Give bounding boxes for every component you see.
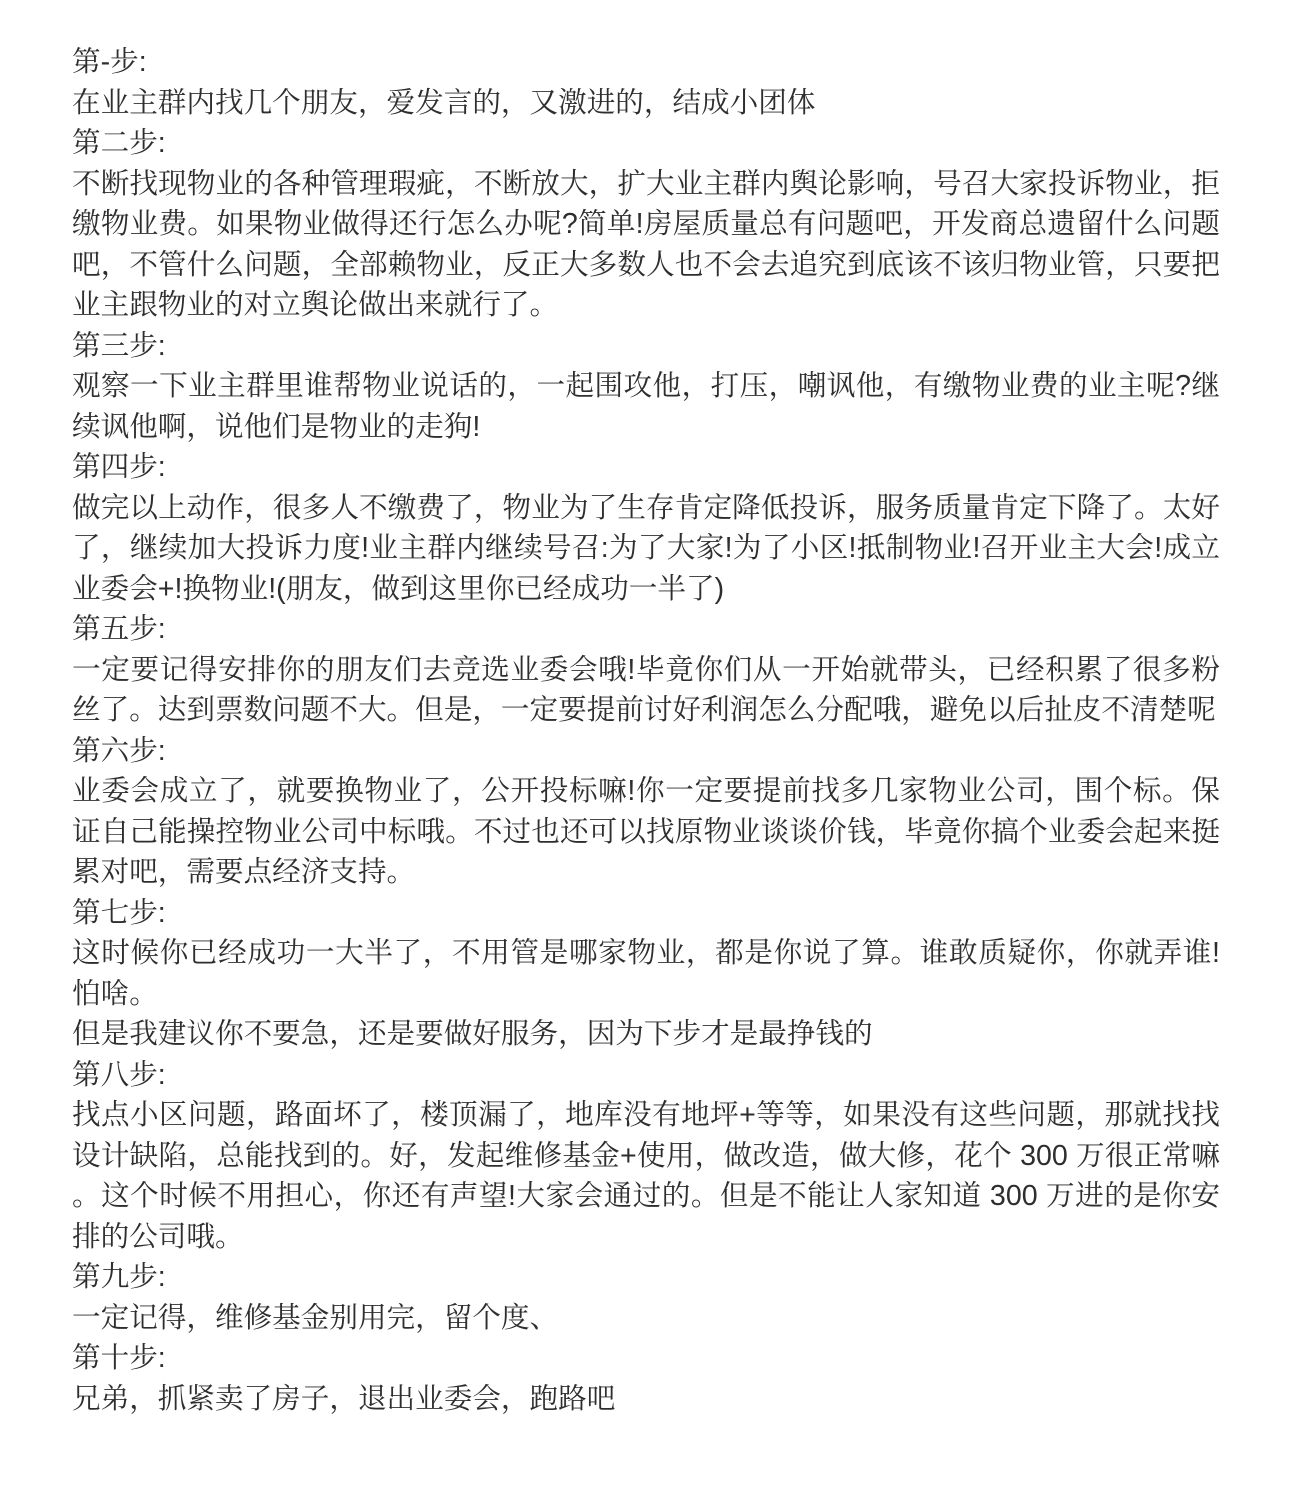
step-6-paragraph-1: 业委会成立了，就要换物业了，公开投标嘛!你一定要提前找多几家物业公司，围个标。保… [72, 771, 1220, 893]
screenshot-root: 第-步:在业主群内找几个朋友，爱发言的，又激进的，结成小团体第二步:不断找现物业… [0, 0, 1290, 1498]
step-heading-6: 第六步: [72, 731, 1220, 772]
step-4-paragraph-1: 做完以上动作，很多人不缴费了，物业为了生存肯定降低投诉，服务质量肯定下降了。太好… [72, 488, 1220, 610]
step-heading-10: 第十步: [72, 1338, 1220, 1379]
step-heading-5: 第五步: [72, 609, 1220, 650]
step-heading-4: 第四步: [72, 447, 1220, 488]
step-heading-8: 第八步: [72, 1055, 1220, 1096]
step-7-paragraph-2: 但是我建议你不要急，还是要做好服务，因为下步才是最挣钱的 [72, 1014, 1220, 1055]
step-heading-2: 第二步: [72, 123, 1220, 164]
step-10-paragraph-1: 兄弟，抓紧卖了房子，退出业委会，跑路吧 [72, 1379, 1220, 1420]
step-3-paragraph-1: 观察一下业主群里谁帮物业说话的，一起围攻他，打压，嘲讽他，有缴物业费的业主呢?继… [72, 366, 1220, 447]
step-heading-7: 第七步: [72, 893, 1220, 934]
step-7-paragraph-1: 这时候你已经成功一大半了，不用管是哪家物业，都是你说了算。谁敢质疑你，你就弄谁!… [72, 933, 1220, 1014]
step-heading-1: 第-步: [72, 42, 1220, 83]
text-document: 第-步:在业主群内找几个朋友，爱发言的，又激进的，结成小团体第二步:不断找现物业… [72, 42, 1220, 1419]
step-5-paragraph-1: 一定要记得安排你的朋友们去竞选业委会哦!毕竟你们从一开始就带头，已经积累了很多粉… [72, 650, 1220, 731]
step-9-paragraph-1: 一定记得，维修基金别用完，留个度、 [72, 1298, 1220, 1339]
step-8-paragraph-1: 找点小区问题，路面坏了，楼顶漏了，地库没有地坪+等等，如果没有这些问题，那就找找… [72, 1095, 1220, 1257]
step-2-paragraph-1: 不断找现物业的各种管理瑕疵，不断放大，扩大业主群内舆论影响，号召大家投诉物业，拒… [72, 164, 1220, 326]
step-1-paragraph-1: 在业主群内找几个朋友，爱发言的，又激进的，结成小团体 [72, 83, 1220, 124]
step-heading-9: 第九步: [72, 1257, 1220, 1298]
step-heading-3: 第三步: [72, 326, 1220, 367]
